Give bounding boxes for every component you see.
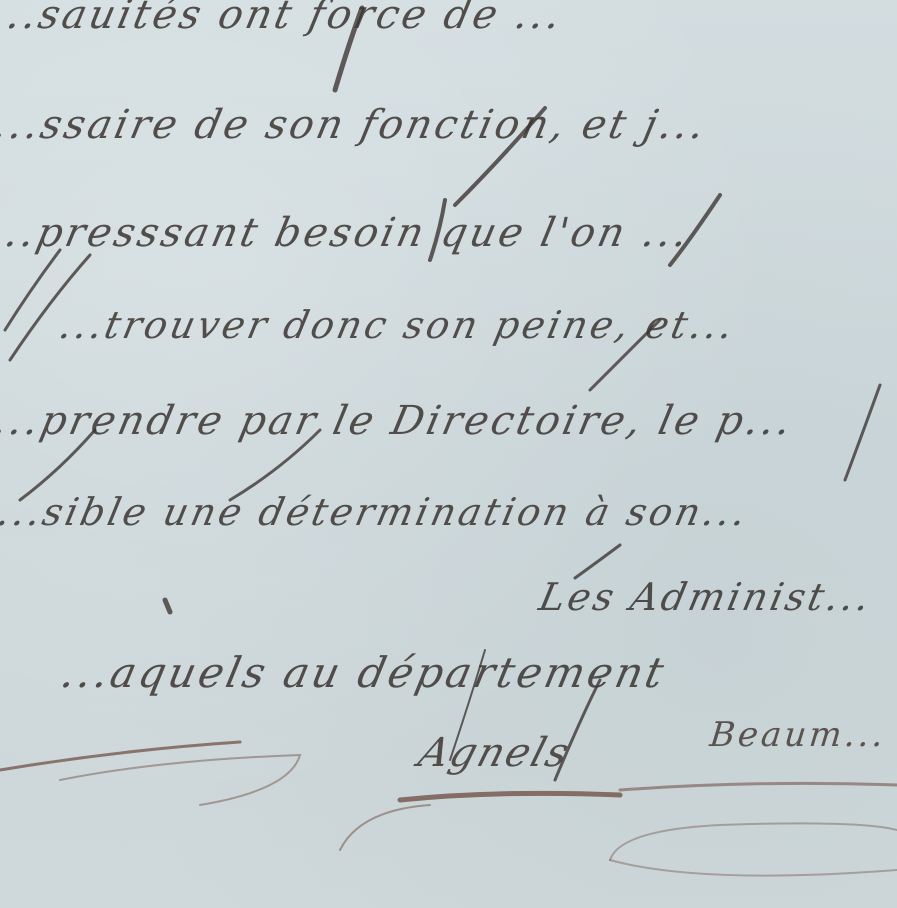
manuscript-line-8: ...aquels au département (57, 648, 671, 697)
manuscript-line-2: ...ssaire de son fonction, et j... (0, 102, 712, 148)
manuscript-line-1: ...sauités ont force de ... (0, 0, 568, 38)
manuscript-line-6: ...sible une détermination à son... (0, 490, 753, 534)
manuscript-line-9: Beaum... (708, 715, 888, 755)
manuscript-line-3: ...presssant besoin que l'on ... (0, 210, 695, 256)
manuscript-line-7: Les Administ... (535, 575, 876, 619)
signature: Agnels (413, 730, 575, 776)
manuscript-line-5: ...prendre par le Directoire, le p... (0, 398, 798, 444)
manuscript-line-4: ...trouver donc son peine, et... (55, 303, 740, 347)
